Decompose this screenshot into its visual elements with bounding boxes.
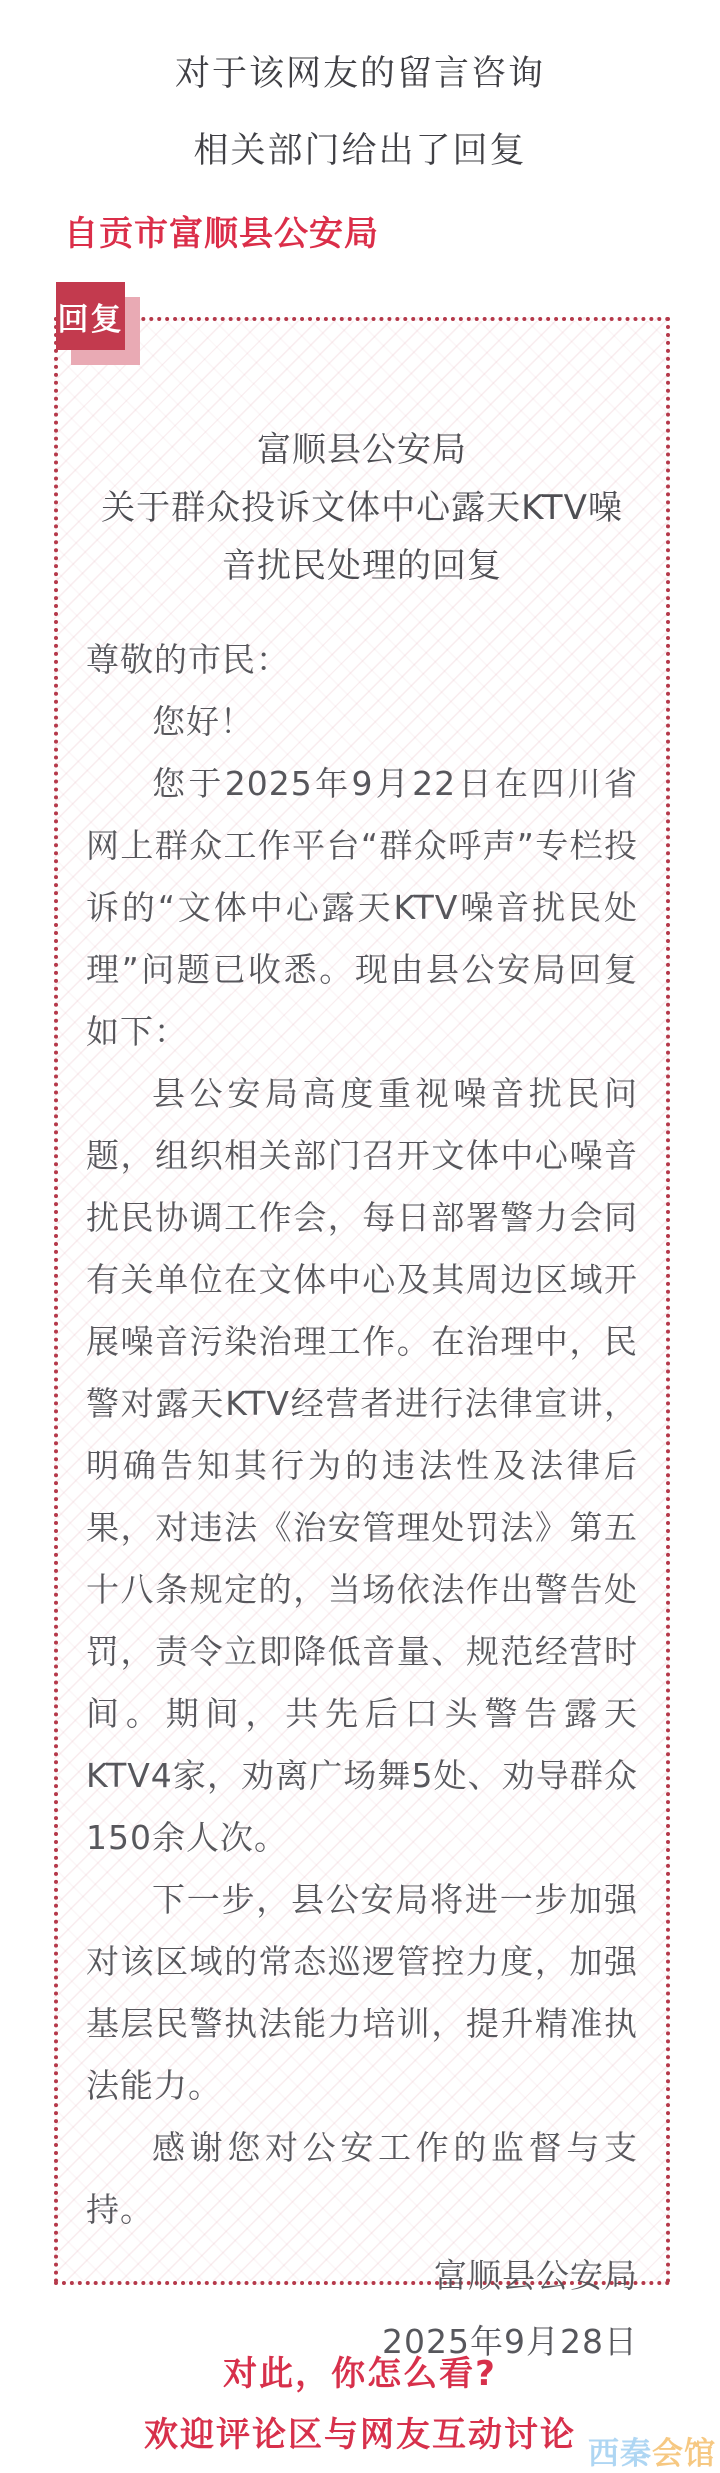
reply-badge: 回复 <box>56 282 125 350</box>
reply-letter-content: 富顺县公安局 关于群众投诉文体中心露天KTV噪音扰民处理的回复 尊敬的市民： 您… <box>58 321 666 2281</box>
reply-title-line-1: 富顺县公安局 <box>86 421 638 479</box>
intro-heading: 对于该网友的留言咨询 相关部门给出了回复 <box>0 36 720 190</box>
intro-line-1: 对于该网友的留言咨询 <box>0 36 720 113</box>
agency-title: 自贡市富顺县公安局 <box>64 206 379 255</box>
article-page: 对于该网友的留言咨询 相关部门给出了回复 自贡市富顺县公安局 富顺县公安局 关于… <box>0 0 720 2473</box>
watermark: 西秦会馆 <box>588 2428 716 2473</box>
paragraph: 县公安局高度重视噪音扰民问题，组织相关部门召开文体中心噪音扰民协调工作会，每日部… <box>86 1063 638 1869</box>
reply-title-line-2: 关于群众投诉文体中心露天KTV噪音扰民处理的回复 <box>86 479 638 595</box>
paragraph: 您于2025年9月22日在四川省网上群众工作平台“群众呼声”专栏投诉的“文体中心… <box>86 753 638 1063</box>
signature-agency: 富顺县公安局 <box>86 2243 638 2309</box>
outro-line-1: 对此，你怎么看? <box>0 2344 720 2405</box>
paragraph: 下一步，县公安局将进一步加强对该区域的常态巡逻管控力度，加强基层民警执法能力培训… <box>86 1869 638 2117</box>
intro-line-2: 相关部门给出了回复 <box>0 113 720 190</box>
watermark-part-2: 会馆 <box>652 2436 716 2472</box>
reply-letter-body: 尊敬的市民： 您好！ 您于2025年9月22日在四川省网上群众工作平台“群众呼声… <box>86 629 638 2241</box>
paragraph: 感谢您对公安工作的监督与支持。 <box>86 2117 638 2241</box>
reply-letter-title: 富顺县公安局 关于群众投诉文体中心露天KTV噪音扰民处理的回复 <box>86 421 638 595</box>
salutation: 尊敬的市民： <box>86 629 638 691</box>
reply-letter-box: 富顺县公安局 关于群众投诉文体中心露天KTV噪音扰民处理的回复 尊敬的市民： 您… <box>54 317 670 2285</box>
paragraph: 您好！ <box>86 691 638 753</box>
watermark-part-1: 西秦 <box>588 2436 652 2472</box>
